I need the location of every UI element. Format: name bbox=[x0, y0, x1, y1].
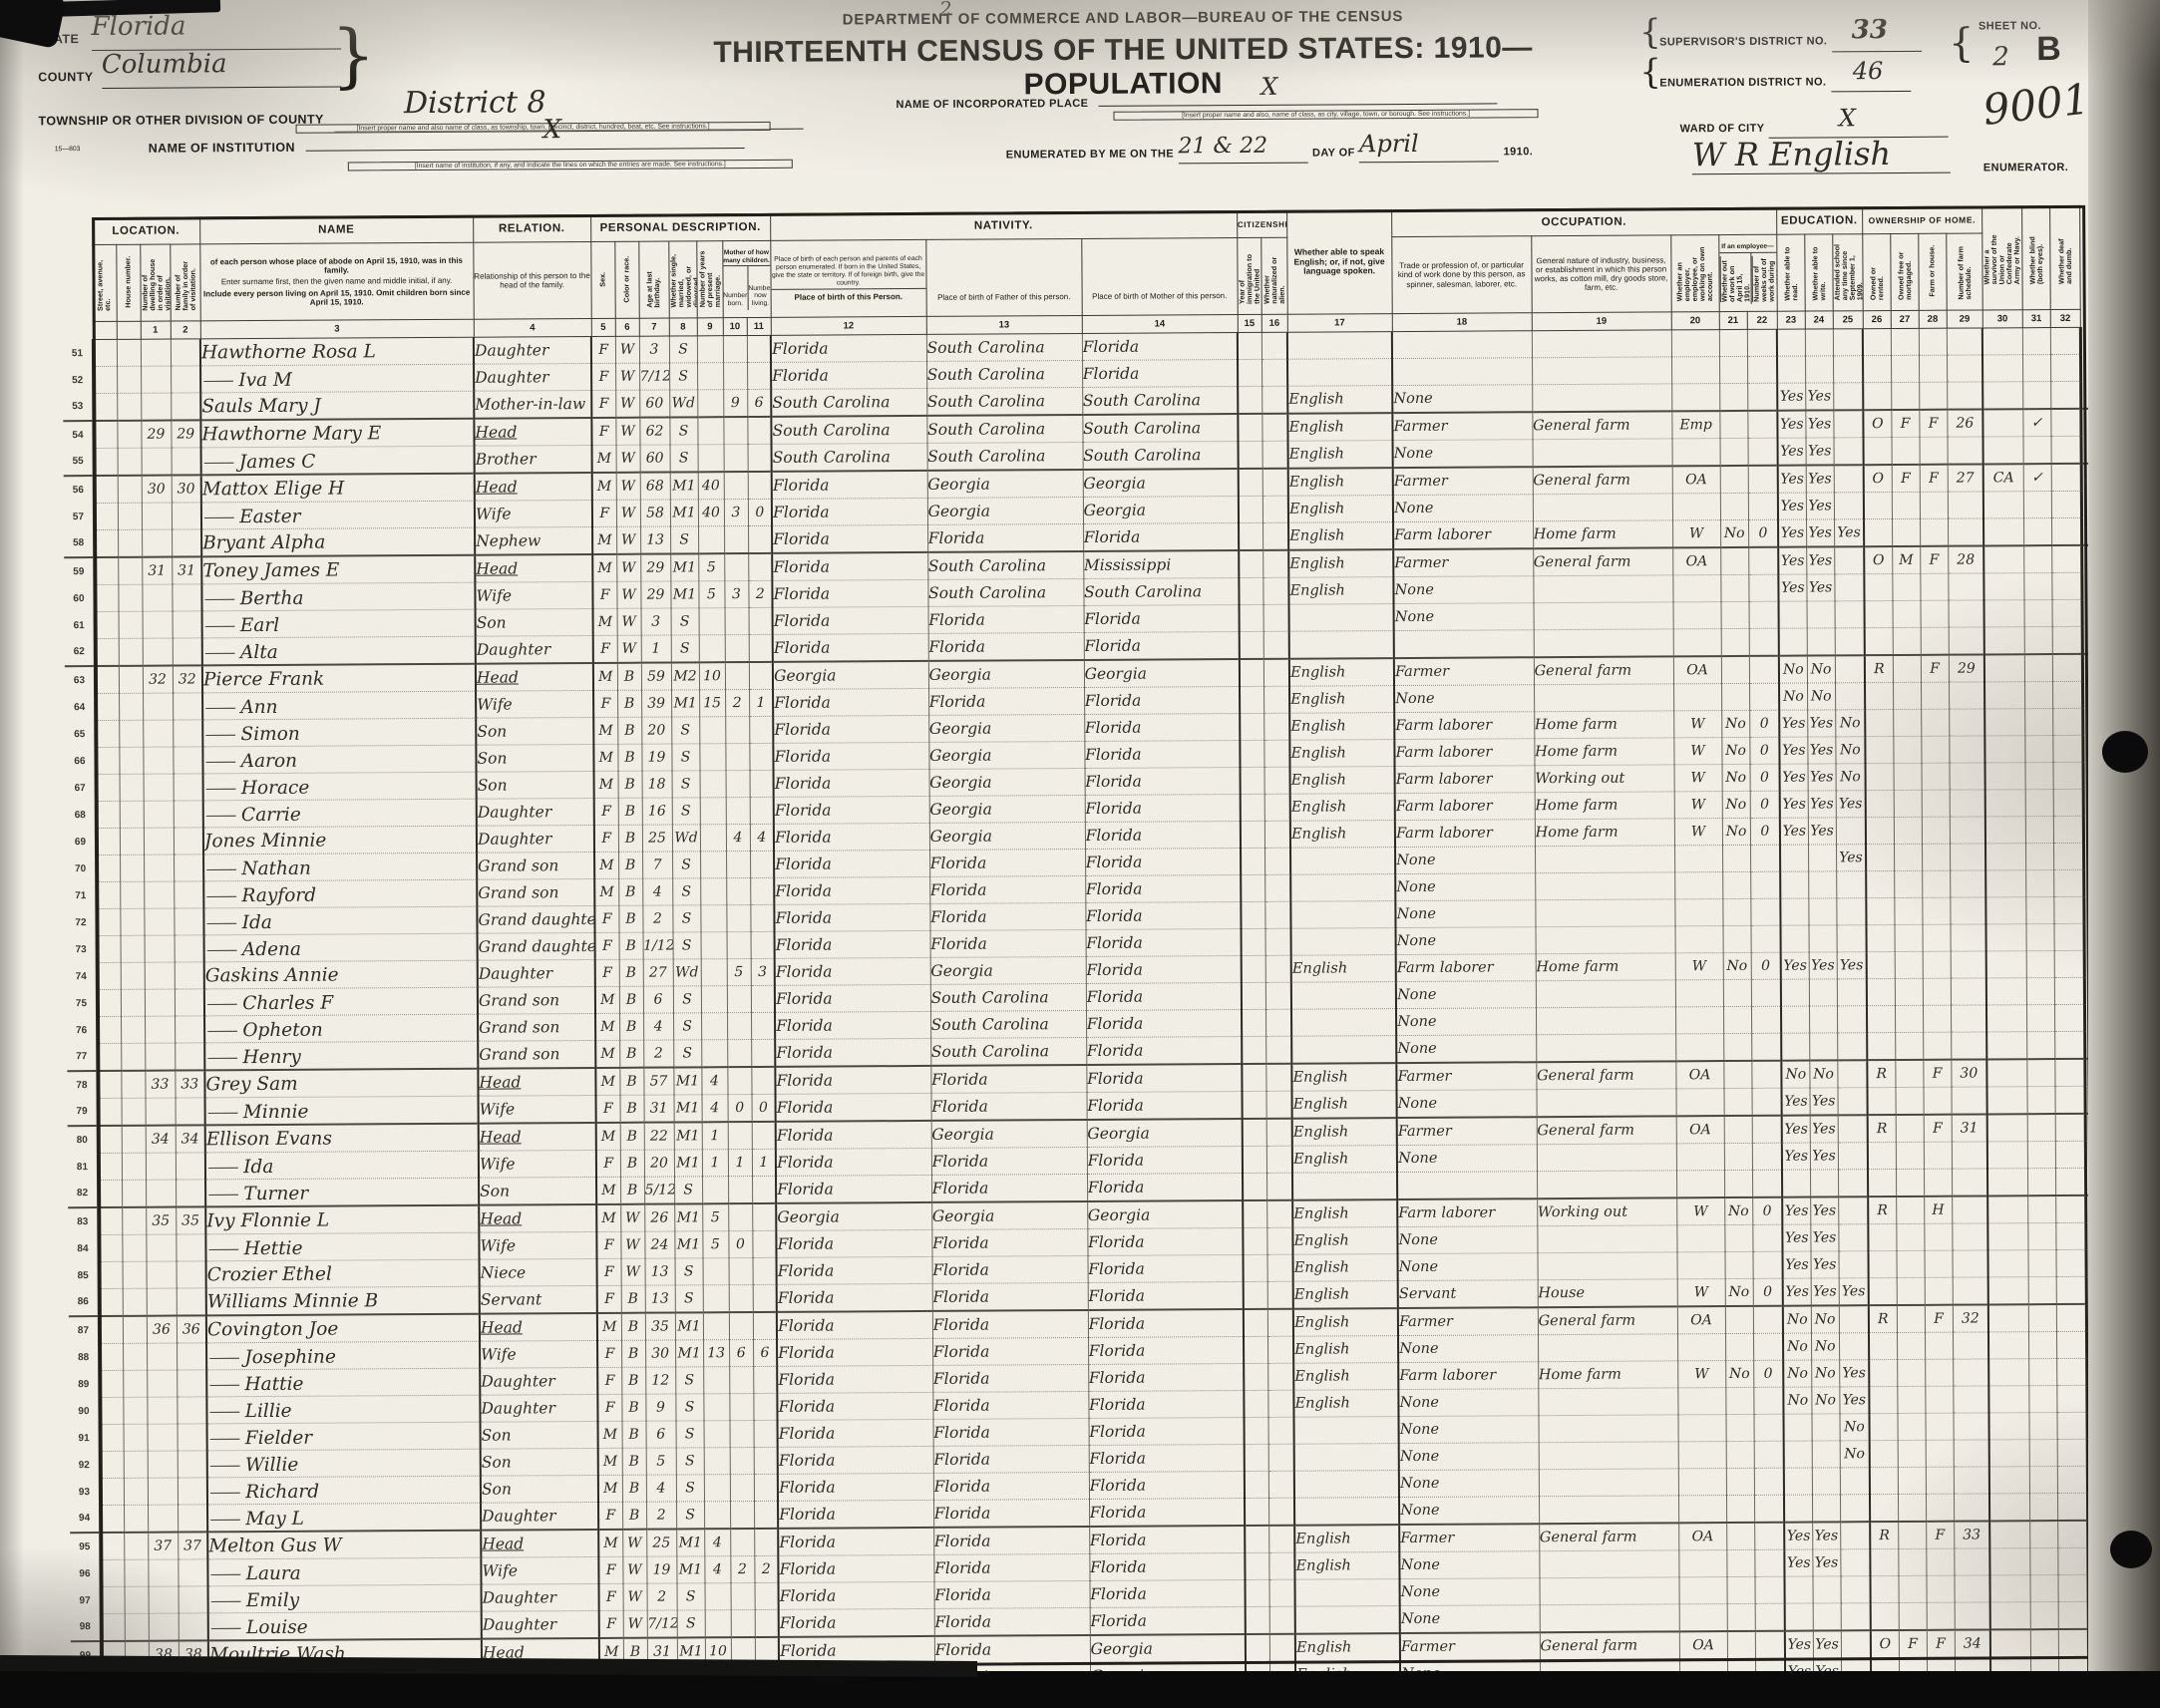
handwritten-entry: South Carolina bbox=[927, 420, 1045, 439]
sheet-value: 2 bbox=[1992, 42, 2009, 72]
cell-children-living bbox=[751, 1039, 775, 1067]
cell-industry bbox=[1540, 1604, 1679, 1632]
col-naturalized: Whether naturalized or alien. bbox=[1260, 237, 1286, 314]
handwritten-entry: ⸺ Iva M bbox=[201, 370, 292, 392]
cell-weeks-out-of-work: 0 bbox=[1748, 519, 1778, 547]
cell-birthplace-father: Florida bbox=[932, 1337, 1088, 1365]
cell-attended-school bbox=[1839, 1251, 1869, 1278]
handwritten-entry: W bbox=[1689, 525, 1703, 541]
cell-birthplace-father: Georgia bbox=[928, 714, 1084, 742]
handwritten-entry: 4 bbox=[653, 884, 662, 900]
cell-home-owned-rented bbox=[1870, 1549, 1898, 1576]
handwritten-entry: No bbox=[1728, 1203, 1749, 1219]
cell-home-free-mortgaged bbox=[1895, 1060, 1923, 1088]
handwritten-entry: English bbox=[1290, 691, 1345, 707]
handwritten-entry: Yes bbox=[1780, 389, 1804, 405]
cell-years-married: 15 bbox=[699, 690, 725, 717]
cell-writes: Yes bbox=[1808, 764, 1836, 791]
cell-birthplace: Florida bbox=[774, 876, 929, 904]
cell-family-number bbox=[174, 854, 203, 881]
cell-family-number bbox=[176, 1098, 205, 1126]
cell-years-married bbox=[699, 717, 725, 744]
cell-speaks-english: English bbox=[1292, 1146, 1397, 1174]
cell-name: ⸺ Aaron bbox=[202, 745, 476, 774]
cell-dwelling-number: 29 bbox=[141, 421, 171, 449]
cell-home-free-mortgaged bbox=[1892, 518, 1920, 546]
cell-street bbox=[93, 421, 117, 449]
cell-farm-or-house bbox=[1926, 1548, 1954, 1575]
handwritten-entry: None bbox=[1393, 391, 1432, 407]
cell-immigration-year bbox=[1239, 522, 1262, 550]
cell-farm-or-house bbox=[1920, 437, 1948, 465]
cell-name: ⸺ Charles F bbox=[204, 987, 478, 1016]
cell-age: 2 bbox=[643, 1040, 673, 1068]
handwritten-entry: Farmer bbox=[1394, 474, 1448, 490]
cell-children-living bbox=[752, 1230, 776, 1257]
cell-speaks-english bbox=[1294, 1498, 1399, 1526]
cell-naturalized bbox=[1268, 1471, 1294, 1498]
cell-sex: M bbox=[593, 744, 617, 771]
cell-relation: Head bbox=[480, 1313, 597, 1341]
cell-color-race: B bbox=[621, 1313, 645, 1341]
handwritten-entry: None bbox=[1399, 1341, 1438, 1357]
cell-deaf-dumb bbox=[2054, 950, 2084, 977]
cell-sex: F bbox=[597, 1258, 621, 1285]
cell-occupation: None bbox=[1396, 1035, 1536, 1063]
line-number: 63 bbox=[65, 666, 95, 694]
cell-years-married bbox=[701, 959, 727, 986]
cell-naturalized bbox=[1265, 955, 1291, 982]
handwritten-entry: B bbox=[625, 857, 635, 873]
cell-age: 59 bbox=[641, 663, 671, 691]
handwritten-entry: S bbox=[679, 450, 689, 466]
cell-age: 62 bbox=[639, 418, 669, 446]
cell-out-of-work bbox=[1725, 1251, 1753, 1278]
cell-immigration-year bbox=[1239, 577, 1262, 604]
cell-out-of-work: No bbox=[1724, 1197, 1752, 1225]
handwritten-entry: F bbox=[604, 1346, 614, 1362]
cell-age: 25 bbox=[646, 1529, 676, 1556]
cell-attended-school bbox=[1840, 1522, 1870, 1549]
cell-attended-school bbox=[1838, 1143, 1868, 1170]
handwritten-entry: None bbox=[1400, 1476, 1439, 1492]
handwritten-entry: Florida bbox=[777, 1126, 834, 1144]
cell-deaf-dumb bbox=[2051, 464, 2081, 492]
cell-children-living bbox=[753, 1366, 777, 1393]
cell-out-of-work bbox=[1727, 1631, 1755, 1659]
handwritten-entry: 2 bbox=[653, 911, 662, 927]
cell-street bbox=[93, 366, 117, 393]
handwritten-entry: S bbox=[680, 722, 690, 738]
cell-employment-class: W bbox=[1673, 711, 1721, 738]
cell-home-free-mortgaged bbox=[1894, 844, 1922, 870]
cell-employment-class bbox=[1678, 1469, 1726, 1496]
cell-birthplace: South Carolina bbox=[771, 388, 926, 416]
cell-industry bbox=[1532, 357, 1671, 385]
handwritten-entry: ✓ bbox=[2031, 470, 2043, 486]
cell-relation: Head bbox=[479, 1123, 596, 1151]
cell-sex: M bbox=[592, 445, 616, 473]
cell-children-living bbox=[752, 1176, 776, 1203]
handwritten-entry: F bbox=[1908, 1636, 1918, 1652]
cell-war-survivor bbox=[1988, 1277, 2028, 1305]
cell-birthplace-mother: Florida bbox=[1084, 714, 1240, 742]
cell-sex: F bbox=[592, 581, 616, 608]
cell-house-number bbox=[124, 1424, 148, 1451]
handwritten-entry: W bbox=[621, 532, 635, 548]
handwritten-entry: 5 bbox=[711, 1236, 720, 1252]
handwritten-entry: Head bbox=[477, 668, 519, 686]
cell-attended-school bbox=[1841, 1576, 1871, 1603]
col-schedule-text: Number of farm schedule. bbox=[1957, 241, 1972, 299]
col-name-desc: of each person whose place of abode on A… bbox=[199, 242, 473, 321]
handwritten-entry: Yes bbox=[1813, 1229, 1837, 1245]
cell-reads: Yes bbox=[1778, 466, 1806, 494]
cell-immigration-year bbox=[1240, 740, 1263, 767]
cell-children-born bbox=[724, 445, 748, 473]
cell-out-of-work: No bbox=[1722, 791, 1750, 818]
cell-occupation: None bbox=[1398, 1335, 1538, 1363]
col-deaf-text: Whether deaf and dumb. bbox=[2057, 226, 2072, 284]
cell-occupation: Farm laborer bbox=[1393, 521, 1533, 549]
handwritten-entry: Farm laborer bbox=[1396, 798, 1493, 815]
cell-writes bbox=[1812, 1441, 1840, 1468]
cell-employment-class: W bbox=[1672, 520, 1720, 548]
cell-name: Hawthorne Mary E bbox=[200, 419, 474, 448]
cell-home-owned-rented bbox=[1869, 1333, 1897, 1360]
cell-birthplace-father: Florida bbox=[934, 1635, 1090, 1663]
handwritten-entry: 27 bbox=[649, 965, 667, 981]
line-number: 84 bbox=[68, 1235, 98, 1262]
cell-home-owned-rented: R bbox=[1868, 1115, 1896, 1143]
cell-children-living bbox=[747, 362, 771, 389]
handwritten-entry: W bbox=[1690, 716, 1704, 732]
cell-home-owned-rented bbox=[1867, 979, 1895, 1006]
cell-color-race: B bbox=[621, 1285, 645, 1313]
cell-name: ⸺ Easter bbox=[201, 501, 475, 529]
handwritten-entry: Florida bbox=[930, 907, 987, 925]
cell-farm-schedule-number bbox=[1950, 897, 1985, 924]
cell-reads bbox=[1784, 1468, 1812, 1495]
cell-war-survivor bbox=[1989, 1440, 2029, 1467]
handwritten-entry: Grey Sam bbox=[205, 1073, 297, 1095]
line-number: 96 bbox=[70, 1560, 100, 1587]
cell-marital-status: S bbox=[673, 986, 701, 1013]
cell-birthplace-father: Florida bbox=[931, 1174, 1087, 1201]
punch-hole-2 bbox=[2110, 1531, 2152, 1568]
handwritten-entry: 12 bbox=[651, 1373, 669, 1389]
name-desc-2: Enter surname first, then the given name… bbox=[200, 276, 473, 287]
cell-color-race: W bbox=[622, 1556, 646, 1583]
handwritten-entry: General farm bbox=[1538, 1313, 1635, 1330]
colnum: 11 bbox=[747, 317, 771, 335]
cell-war-survivor bbox=[1988, 1304, 2028, 1332]
cell-farm-schedule-number bbox=[1949, 736, 1984, 763]
cell-years-married bbox=[703, 1394, 729, 1421]
cell-home-free-mortgaged bbox=[1896, 1087, 1924, 1115]
cell-home-owned-rented bbox=[1868, 1143, 1896, 1170]
cell-home-owned-rented bbox=[1866, 871, 1894, 898]
handwritten-entry: 2 bbox=[733, 695, 742, 711]
handwritten-entry: 29 bbox=[1958, 661, 1976, 677]
cell-name: ⸺ Willie bbox=[207, 1449, 481, 1478]
handwritten-entry: M1 bbox=[676, 1073, 699, 1089]
handwritten-entry: Georgia bbox=[930, 827, 993, 845]
handwritten-entry: B bbox=[626, 1019, 636, 1035]
cell-house-number bbox=[120, 774, 144, 801]
cell-out-of-work: No bbox=[1721, 737, 1749, 764]
cell-war-survivor bbox=[1990, 1629, 2030, 1657]
cell-name: ⸺ Earl bbox=[202, 609, 476, 638]
cell-home-free-mortgaged bbox=[1899, 1602, 1927, 1630]
cell-marital-status: S bbox=[675, 1258, 703, 1285]
handwritten-entry: M1 bbox=[679, 1535, 702, 1550]
cell-color-race: B bbox=[621, 1394, 645, 1421]
cell-years-married bbox=[705, 1583, 731, 1610]
cell-reads bbox=[1781, 1006, 1809, 1033]
handwritten-entry: B bbox=[630, 1644, 640, 1660]
handwritten-entry: F bbox=[1929, 416, 1939, 432]
cell-birthplace: Florida bbox=[778, 1554, 933, 1582]
handwritten-entry: Son bbox=[477, 613, 507, 631]
col-age: Age at last birthday. bbox=[638, 241, 668, 318]
handwritten-entry: ⸺ Adena bbox=[205, 939, 301, 961]
handwritten-entry: Yes bbox=[1780, 472, 1804, 488]
cell-family-number bbox=[175, 1016, 204, 1043]
cell-dwelling-number bbox=[147, 1370, 177, 1397]
cell-home-owned-rented: R bbox=[1867, 1060, 1895, 1088]
handwritten-entry: Florida bbox=[933, 1369, 990, 1387]
line-number: 56 bbox=[64, 476, 94, 504]
handwritten-entry: ⸺ Laura bbox=[208, 1563, 300, 1585]
cell-blind bbox=[2023, 518, 2051, 546]
cell-farm-or-house bbox=[1921, 627, 1949, 655]
handwritten-entry: Florida bbox=[780, 1613, 837, 1631]
handwritten-entry: None bbox=[1401, 1584, 1440, 1600]
handwritten-entry: None bbox=[1401, 1611, 1440, 1627]
handwritten-entry: House bbox=[1538, 1285, 1585, 1301]
cell-sex: F bbox=[593, 635, 617, 663]
cell-children-born bbox=[727, 986, 751, 1013]
handwritten-entry: South Carolina bbox=[1084, 582, 1202, 601]
cell-color-race: B bbox=[617, 690, 641, 717]
cell-birthplace-mother: Florida bbox=[1083, 523, 1239, 551]
handwritten-entry: Florida bbox=[775, 854, 832, 872]
cell-speaks-english: English bbox=[1288, 496, 1393, 523]
cell-home-owned-rented: R bbox=[1868, 1196, 1896, 1224]
cell-employment-class bbox=[1676, 1144, 1724, 1171]
cell-attended-school bbox=[1834, 546, 1864, 574]
cell-naturalized bbox=[1269, 1634, 1295, 1662]
handwritten-entry: English bbox=[1289, 501, 1344, 516]
cell-home-free-mortgaged bbox=[1898, 1467, 1926, 1494]
cell-blind bbox=[2026, 951, 2054, 978]
line-number: 95 bbox=[70, 1533, 100, 1560]
cell-writes bbox=[1808, 898, 1836, 925]
cell-deaf-dumb bbox=[2055, 1086, 2085, 1114]
handwritten-entry: W bbox=[621, 479, 635, 495]
handwritten-entry: South Carolina bbox=[927, 447, 1045, 466]
cell-dwelling-number bbox=[149, 1613, 179, 1641]
cell-occupation: None bbox=[1398, 1253, 1538, 1281]
colnum: 22 bbox=[1747, 311, 1777, 329]
cell-immigration-year bbox=[1242, 955, 1265, 982]
cell-color-race: B bbox=[622, 1502, 646, 1530]
handwritten-entry: Georgia bbox=[927, 475, 990, 493]
cell-farm-schedule-number bbox=[1950, 790, 1985, 817]
cell-farm-schedule-number: 28 bbox=[1948, 545, 1983, 573]
handwritten-entry: English bbox=[1294, 1259, 1349, 1275]
cell-blind bbox=[2025, 763, 2053, 790]
handwritten-entry: Yes bbox=[1812, 1121, 1836, 1137]
cell-weeks-out-of-work bbox=[1755, 1603, 1785, 1631]
handwritten-entry: Florida bbox=[1089, 1341, 1146, 1359]
cell-dwelling-number bbox=[146, 1153, 176, 1180]
cell-blind bbox=[2024, 573, 2052, 600]
handwritten-entry: Wife bbox=[476, 586, 512, 604]
cell-weeks-out-of-work: 0 bbox=[1750, 818, 1780, 845]
handwritten-entry: None bbox=[1400, 1449, 1439, 1465]
handwritten-entry: M1 bbox=[679, 1561, 702, 1577]
cell-farm-schedule-number: 34 bbox=[1955, 1629, 1990, 1657]
handwritten-entry: South Carolina bbox=[1083, 419, 1201, 438]
cell-blind bbox=[2029, 1440, 2057, 1467]
handwritten-entry: Yes bbox=[1782, 797, 1806, 813]
handwritten-entry: Grand son bbox=[479, 991, 559, 1009]
cell-home-free-mortgaged bbox=[1898, 1413, 1926, 1440]
handwritten-entry: 35 bbox=[181, 1212, 199, 1228]
cell-birthplace-mother: Georgia bbox=[1087, 1200, 1243, 1228]
cell-dwelling-number: 37 bbox=[148, 1533, 178, 1560]
cell-attended-school bbox=[1835, 628, 1865, 656]
handwritten-entry: F bbox=[601, 804, 611, 820]
cell-home-owned-rented: R bbox=[1870, 1522, 1898, 1549]
cell-children-living bbox=[749, 662, 773, 690]
handwritten-entry: S bbox=[682, 937, 692, 953]
cell-speaks-english bbox=[1290, 874, 1395, 902]
cell-relation: Wife bbox=[479, 1095, 596, 1123]
cell-naturalized bbox=[1264, 874, 1290, 901]
handwritten-entry: F bbox=[601, 831, 611, 847]
cell-name: Ivy Flonnie L bbox=[205, 1205, 479, 1234]
handwritten-entry: 30 bbox=[148, 482, 166, 498]
cell-out-of-work bbox=[1727, 1603, 1755, 1631]
cell-age: 18 bbox=[642, 771, 672, 798]
cell-dwelling-number bbox=[142, 503, 172, 529]
handwritten-entry: Florida bbox=[1085, 745, 1142, 763]
handwritten-entry: ⸺ Carrie bbox=[204, 805, 301, 827]
handwritten-entry: M bbox=[597, 451, 611, 467]
cell-attended-school: No bbox=[1840, 1414, 1870, 1441]
handwritten-entry: No bbox=[1811, 688, 1832, 704]
cell-occupation: Farmer bbox=[1399, 1524, 1539, 1551]
cell-relation: Grand son bbox=[477, 878, 594, 906]
cell-deaf-dumb bbox=[2055, 1114, 2085, 1142]
cell-industry bbox=[1537, 1089, 1676, 1117]
colnum: 19 bbox=[1532, 312, 1671, 331]
cell-employment-class: W bbox=[1674, 819, 1722, 846]
col-weeks-out: Number of weeks out of work during year … bbox=[1751, 252, 1777, 304]
cell-sex: M bbox=[595, 1013, 619, 1040]
cell-years-married: 4 bbox=[701, 1067, 727, 1095]
cell-war-survivor bbox=[1990, 1602, 2030, 1630]
cell-writes bbox=[1812, 1414, 1840, 1441]
handwritten-entry: No bbox=[1783, 689, 1804, 705]
cell-naturalized bbox=[1261, 332, 1287, 359]
enumerated-middle: day of bbox=[1312, 147, 1355, 159]
cell-out-of-work bbox=[1721, 628, 1749, 656]
handwritten-entry: B bbox=[627, 1129, 637, 1145]
cell-relation: Wife bbox=[475, 500, 592, 527]
cell-street bbox=[98, 1180, 122, 1207]
county-value: Columbia bbox=[102, 49, 227, 80]
colnum: 23 bbox=[1777, 311, 1805, 329]
colnum: 20 bbox=[1671, 312, 1719, 330]
cell-deaf-dumb bbox=[2056, 1304, 2086, 1332]
handwritten-entry: 4 bbox=[713, 1561, 722, 1577]
cell-color-race: B bbox=[619, 1013, 643, 1040]
cell-employment-class bbox=[1678, 1496, 1726, 1524]
cell-employment-class: OA bbox=[1677, 1306, 1725, 1334]
cell-relation: Son bbox=[476, 744, 593, 772]
handwritten-entry: 33 bbox=[180, 1076, 198, 1092]
cell-years-married: 4 bbox=[704, 1529, 730, 1556]
cell-farm-schedule-number bbox=[1949, 600, 1984, 627]
cell-years-married bbox=[699, 608, 725, 635]
cell-marital-status: M1 bbox=[674, 1095, 702, 1123]
cell-color-race: B bbox=[618, 825, 642, 852]
cell-immigration-year bbox=[1243, 1091, 1266, 1119]
cell-birthplace-mother: Mississippi bbox=[1083, 550, 1239, 578]
handwritten-entry: 2 bbox=[657, 1508, 666, 1524]
cell-attended-school: No bbox=[1835, 737, 1865, 764]
handwritten-entry: OA bbox=[1689, 1122, 1711, 1138]
enumeration-district-label: Enumeration District No. bbox=[1659, 76, 1826, 89]
handwritten-entry: Home farm bbox=[1539, 1367, 1621, 1384]
cell-children-living: 0 bbox=[748, 499, 772, 525]
cell-home-owned-rented bbox=[1865, 737, 1893, 764]
handwritten-entry: English bbox=[1291, 826, 1346, 842]
cell-street bbox=[97, 1043, 121, 1071]
cell-street bbox=[94, 557, 118, 585]
cell-marital-status: S bbox=[673, 1013, 701, 1040]
cell-years-married bbox=[700, 905, 726, 932]
cell-attended-school bbox=[1838, 1115, 1868, 1143]
handwritten-entry: ⸺ Alta bbox=[203, 642, 278, 663]
cell-farm-or-house: H bbox=[1924, 1196, 1952, 1224]
incorporated-place-label: Name of incorporated place bbox=[896, 98, 1088, 111]
cell-birthplace-father: Florida bbox=[931, 1147, 1087, 1175]
cell-children-born bbox=[731, 1610, 755, 1638]
col-pob-text: Place of birth of this Person. bbox=[771, 291, 925, 301]
cell-children-born: 6 bbox=[729, 1340, 753, 1367]
cell-color-race: B bbox=[619, 959, 643, 986]
handwritten-entry: ⸺ Henry bbox=[205, 1047, 301, 1069]
handwritten-entry: Florida bbox=[1086, 826, 1143, 844]
cell-war-survivor bbox=[1985, 790, 2025, 817]
cell-relation: Daughter bbox=[482, 1610, 599, 1638]
cell-street bbox=[96, 801, 120, 828]
handwritten-entry: ⸺ Fielder bbox=[208, 1428, 313, 1450]
handwritten-entry: English bbox=[1294, 1286, 1349, 1302]
cell-street bbox=[99, 1288, 123, 1316]
cell-speaks-english bbox=[1294, 1444, 1399, 1472]
handwritten-entry: Yes bbox=[1808, 388, 1832, 404]
cell-house-number bbox=[121, 989, 145, 1016]
cell-farm-schedule-number bbox=[1953, 1332, 1988, 1359]
cell-blind bbox=[2024, 654, 2052, 682]
cell-sex: F bbox=[597, 1285, 621, 1313]
